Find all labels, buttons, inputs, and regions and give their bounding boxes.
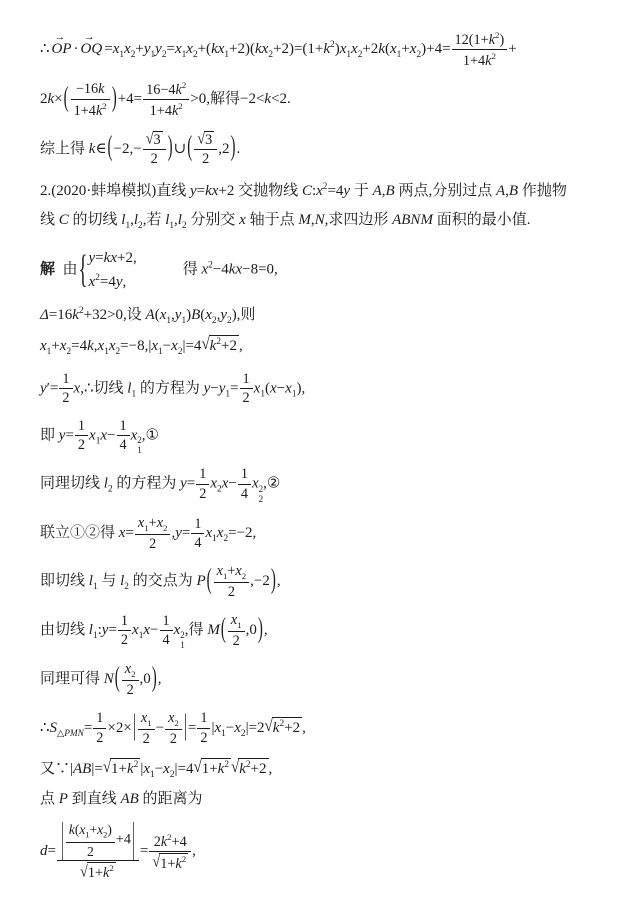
- line-tangent2-equation: 同理切线 l2 的方程为 y=12x2x−14x22,②: [40, 466, 624, 504]
- line-tangent1-equation: 即 y=12x1x−14x21,①: [40, 418, 624, 456]
- line-area-triangle-pmn: ∴S△PMN=12×2×|x12−x22|=12|x1−x2|=2√k2+2,: [40, 710, 624, 747]
- line-point-m: 由切线 l1:y=12x1x−14x21,得 M(x12,0),: [40, 612, 624, 651]
- line-k-conclusion: 综上得 k∈(−2,−√32)∪(√32,2).: [40, 131, 624, 168]
- line-derivative-tangent1: y′=12x,∴切线 l1 的方程为 y−y1=12x1(x−x1),: [40, 371, 624, 407]
- line-vieta: x1+x2=4k,x1x2=−8,|x1−x2|=4√k2+2,: [40, 335, 624, 359]
- line-solution-system: 解 由{y=kx+2,x2=4y,得 x2−4kx−8=0,: [40, 247, 624, 294]
- problem2-statement-line1: 2.(2020·蚌埠模拟)直线 y=kx+2 交抛物线 C:x2=4y 于 A,…: [40, 181, 624, 203]
- line-k-inequality: 2k×(−16k1+4k2)+4=16−4k21+4k2>0,解得−2<k<2.: [40, 80, 624, 119]
- line-point-n: 同理可得 N(x22,0),: [40, 661, 624, 698]
- line-intersection-xy: 联立①②得 x=x1+x22,y=14x1x2=−2,: [40, 515, 624, 552]
- line-distance-formula: d=|k(x1+x2)2+4|√1+k2=2k2+4√1+k2,: [40, 822, 624, 881]
- line-ab-length: 又∵|AB|=√1+k2|x1−x2|=4√1+k2√k2+2,: [40, 758, 624, 782]
- line-op-dot-product: ∴OP→·OQ→=x1x2+y1y2=x1x2+(kx1+2)(kx2+2)=(…: [40, 30, 624, 69]
- problem2-statement-line2: 线 C 的切线 l1,l2,若 l1,l2 分别交 x 轴于点 M,N,求四边形…: [40, 210, 624, 233]
- line-point-p: 即切线 l1 与 l2 的交点为 P(x1+x22,−2),: [40, 563, 624, 600]
- math-document-page: ∴OP→·OQ→=x1x2+y1y2=x1x2+(kx1+2)(kx2+2)=(…: [0, 0, 642, 907]
- line-distance-intro: 点 P 到直线 AB 的距离为: [40, 789, 624, 811]
- line-discriminant: Δ=16k2+32>0,设 A(x1,y1)B(x2,y2),则: [40, 305, 624, 328]
